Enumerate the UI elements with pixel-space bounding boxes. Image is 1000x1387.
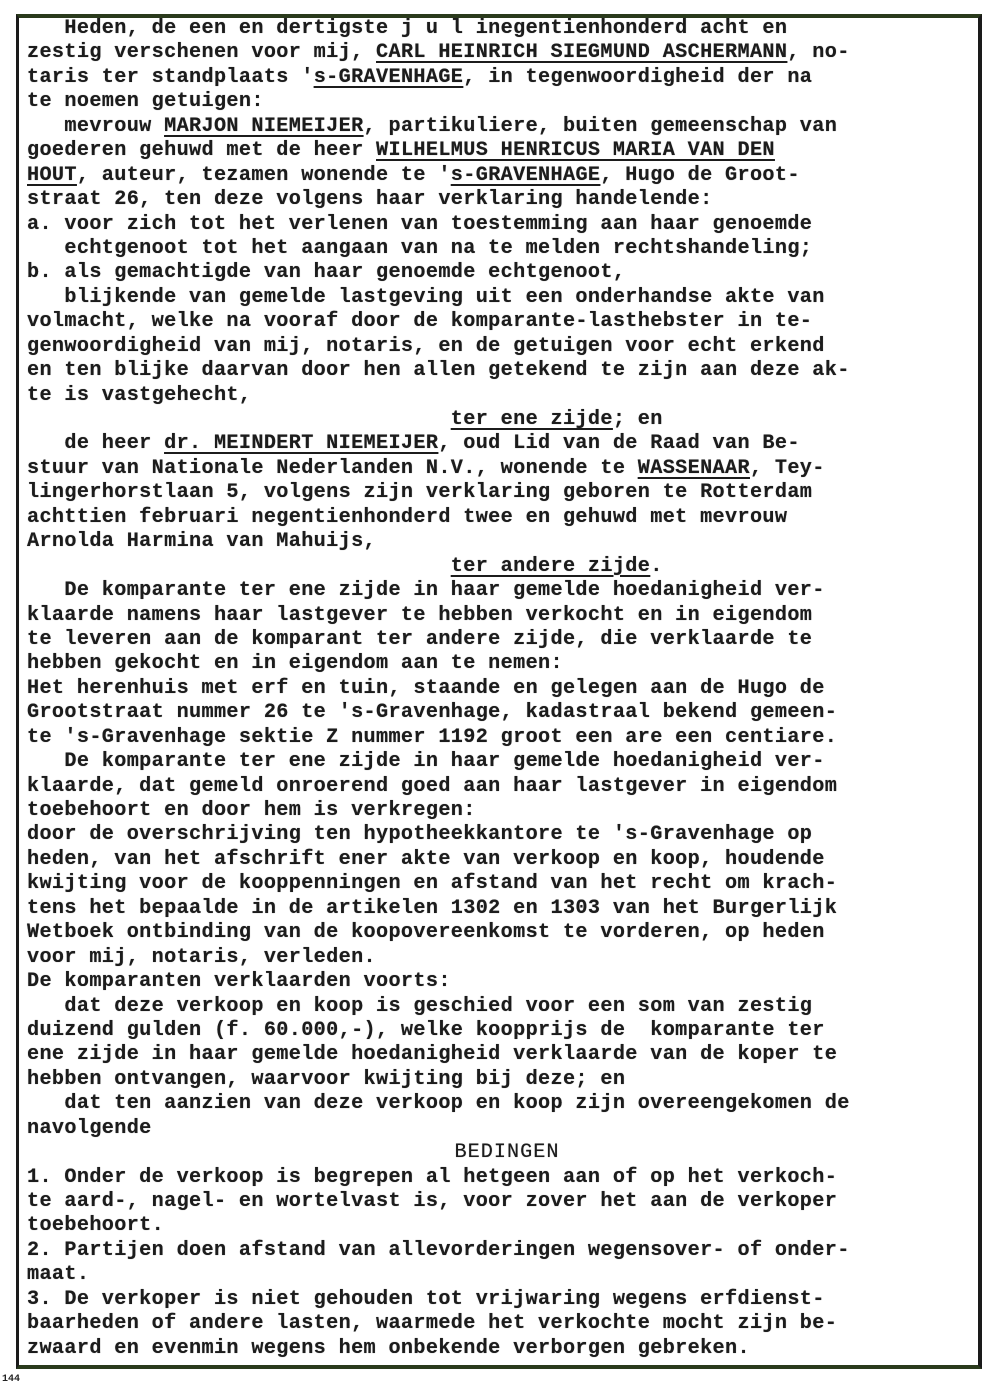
text-line: kwijting voor de kooppenningen en afstan…: [27, 872, 987, 896]
text-line: klaarde, dat gemeld onroerend goed aan h…: [27, 775, 987, 799]
text-line: ter ene zijde; en: [27, 408, 987, 432]
text-line: De komparanten verklaarden voorts:: [27, 970, 987, 994]
text-segment: 3. De verkoper is niet gehouden tot vrij…: [27, 1288, 825, 1311]
text-line: voor mij, notaris, verleden.: [27, 946, 987, 970]
page-footer-mark: 144: [2, 1374, 20, 1385]
underlined-name: s-GRAVENHAGE: [314, 66, 464, 89]
text-segment: Wetboek ontbinding van de koopovereenkom…: [27, 921, 825, 944]
text-line: hebben gekocht en in eigendom aan te nem…: [27, 652, 987, 676]
text-segment: [27, 408, 451, 431]
text-line: te noemen getuigen:: [27, 90, 987, 114]
text-segment: , Hugo de Groot-: [600, 164, 799, 187]
text-segment: De komparante ter ene zijde in haar geme…: [27, 579, 825, 602]
text-line: 1. Onder de verkoop is begrepen al hetge…: [27, 1166, 987, 1190]
text-segment: echtgenoot tot het aangaan van na te mel…: [27, 237, 812, 260]
text-line: lingerhorstlaan 5, volgens zijn verklari…: [27, 481, 987, 505]
text-segment: , partikuliere, buiten gemeenschap van: [364, 115, 838, 138]
underlined-name: MARJON NIEMEIJER: [164, 115, 363, 138]
text-line: door de overschrijving ten hypotheekkant…: [27, 823, 987, 847]
text-segment: genwoordigheid van mij, notaris, en de g…: [27, 335, 825, 358]
text-segment: hebben ontvangen, waarvoor kwijting bij …: [27, 1068, 625, 1091]
text-line: de heer dr. MEINDERT NIEMEIJER, oud Lid …: [27, 432, 987, 456]
text-line: De komparante ter ene zijde in haar geme…: [27, 750, 987, 774]
text-line: toebehoort en door hem is verkregen:: [27, 799, 987, 823]
text-segment: te is vastgehecht,: [27, 384, 251, 407]
text-line: stuur van Nationale Nederlanden N.V., wo…: [27, 457, 987, 481]
text-segment: volmacht, welke na vooraf door de kompar…: [27, 310, 812, 333]
text-line: dat deze verkoop en koop is geschied voo…: [27, 995, 987, 1019]
text-segment: baarheden of andere lasten, waarmede het…: [27, 1312, 837, 1335]
text-line: achttien februari negentienhonderd twee …: [27, 506, 987, 530]
text-segment: mevrouw: [27, 115, 164, 138]
text-segment: navolgende: [27, 1117, 152, 1140]
text-line: goederen gehuwd met de heer WILHELMUS HE…: [27, 139, 987, 163]
text-segment: dat deze verkoop en koop is geschied voo…: [27, 995, 812, 1018]
text-segment: toebehoort.: [27, 1214, 164, 1237]
text-segment: dat ten aanzien van deze verkoop en koop…: [27, 1092, 850, 1115]
text-segment: zestig verschenen voor mij,: [27, 41, 376, 64]
text-segment: goederen gehuwd met de heer: [27, 139, 376, 162]
text-segment: lingerhorstlaan 5, volgens zijn verklari…: [27, 481, 812, 504]
text-line: b. als gemachtigde van haar genoemde ech…: [27, 261, 987, 285]
text-line: a. voor zich tot het verlenen van toeste…: [27, 213, 987, 237]
text-line: en ten blijke daarvan door hen allen get…: [27, 359, 987, 383]
text-segment: door de overschrijving ten hypotheekkant…: [27, 823, 812, 846]
text-segment: a. voor zich tot het verlenen van toeste…: [27, 213, 812, 236]
text-line: klaarde namens haar lastgever te hebben …: [27, 604, 987, 628]
text-segment: taris ter standplaats ': [27, 66, 314, 89]
text-segment: straat 26, ten deze volgens haar verklar…: [27, 188, 713, 211]
text-line: mevrouw MARJON NIEMEIJER, partikuliere, …: [27, 115, 987, 139]
text-segment: , auteur, tezamen wonende te ': [77, 164, 451, 187]
text-segment: , no-: [787, 41, 849, 64]
text-segment: [27, 555, 451, 578]
text-line: heden, van het afschrift ener akte van v…: [27, 848, 987, 872]
text-line: Het herenhuis met erf en tuin, staande e…: [27, 677, 987, 701]
text-segment: Grootstraat nummer 26 te 's-Gravenhage, …: [27, 701, 837, 724]
text-line: straat 26, ten deze volgens haar verklar…: [27, 188, 987, 212]
underlined-name: dr. MEINDERT NIEMEIJER: [164, 432, 438, 455]
text-line: Wetboek ontbinding van de koopovereenkom…: [27, 921, 987, 945]
underlined-name: s-GRAVENHAGE: [451, 164, 601, 187]
section-heading: BEDINGEN: [27, 1141, 987, 1165]
text-segment: stuur van Nationale Nederlanden N.V., wo…: [27, 457, 638, 480]
text-segment: Heden, de een en dertigste j u l inegent…: [27, 17, 787, 40]
text-segment: blijkende van gemelde lastgeving uit een…: [27, 286, 825, 309]
text-segment: BEDINGEN: [455, 1141, 560, 1164]
text-segment: maat.: [27, 1263, 89, 1286]
text-line: genwoordigheid van mij, notaris, en de g…: [27, 335, 987, 359]
text-segment: De komparanten verklaarden voorts:: [27, 970, 451, 993]
underlined-name: HOUT: [27, 164, 77, 187]
text-line: Grootstraat nummer 26 te 's-Gravenhage, …: [27, 701, 987, 725]
text-line: Arnolda Harmina van Mahuijs,: [27, 530, 987, 554]
text-segment: , in tegenwoordigheid der na: [463, 66, 812, 89]
text-line: 2. Partijen doen afstand van allevorderi…: [27, 1239, 987, 1263]
text-segment: klaarde namens haar lastgever te hebben …: [27, 604, 812, 627]
text-segment: klaarde, dat gemeld onroerend goed aan h…: [27, 775, 837, 798]
text-segment: te 's-Gravenhage sektie Z nummer 1192 gr…: [27, 726, 837, 749]
text-segment: , Tey-: [750, 457, 825, 480]
text-line: tens het bepaalde in de artikelen 1302 e…: [27, 897, 987, 921]
text-line: zwaard en evenmin wegens hem onbekende v…: [27, 1337, 987, 1361]
text-segment: b. als gemachtigde van haar genoemde ech…: [27, 261, 625, 284]
text-segment: zwaard en evenmin wegens hem onbekende v…: [27, 1337, 750, 1360]
text-segment: te aard-, nagel- en wortelvast is, voor …: [27, 1190, 837, 1213]
text-line: baarheden of andere lasten, waarmede het…: [27, 1312, 987, 1336]
text-line: volmacht, welke na vooraf door de kompar…: [27, 310, 987, 334]
text-segment: 2. Partijen doen afstand van allevorderi…: [27, 1239, 850, 1262]
text-segment: duizend gulden (f. 60.000,-), welke koop…: [27, 1019, 825, 1042]
text-segment: kwijting voor de kooppenningen en afstan…: [27, 872, 837, 895]
text-segment: te leveren aan de komparant ter andere z…: [27, 628, 812, 651]
text-segment: Het herenhuis met erf en tuin, staande e…: [27, 677, 825, 700]
text-segment: heden, van het afschrift ener akte van v…: [27, 848, 825, 871]
underlined-name: WASSENAAR: [638, 457, 750, 480]
text-line: De komparante ter ene zijde in haar geme…: [27, 579, 987, 603]
text-segment: , oud Lid van de Raad van Be-: [438, 432, 799, 455]
text-segment: ene zijde in haar gemelde hoedanigheid v…: [27, 1043, 837, 1066]
text-segment: hebben gekocht en in eigendom aan te nem…: [27, 652, 563, 675]
typewritten-deed-text: Heden, de een en dertigste j u l inegent…: [27, 17, 987, 1361]
text-segment: achttien februari negentienhonderd twee …: [27, 506, 787, 529]
text-segment: 1. Onder de verkoop is begrepen al hetge…: [27, 1166, 837, 1189]
text-line: dat ten aanzien van deze verkoop en koop…: [27, 1092, 987, 1116]
text-line: duizend gulden (f. 60.000,-), welke koop…: [27, 1019, 987, 1043]
text-line: toebehoort.: [27, 1214, 987, 1238]
text-line: blijkende van gemelde lastgeving uit een…: [27, 286, 987, 310]
underlined-name: WILHELMUS HENRICUS MARIA VAN DEN: [376, 139, 775, 162]
text-line: navolgende: [27, 1117, 987, 1141]
text-line: te is vastgehecht,: [27, 384, 987, 408]
text-line: zestig verschenen voor mij, CARL HEINRIC…: [27, 41, 987, 65]
text-line: te leveren aan de komparant ter andere z…: [27, 628, 987, 652]
text-line: ter andere zijde.: [27, 555, 987, 579]
text-line: hebben ontvangen, waarvoor kwijting bij …: [27, 1068, 987, 1092]
text-line: te aard-, nagel- en wortelvast is, voor …: [27, 1190, 987, 1214]
underlined-name: ter ene zijde: [451, 408, 613, 431]
text-segment: ; en: [613, 408, 663, 431]
underlined-name: CARL HEINRICH SIEGMUND ASCHERMANN: [376, 41, 787, 64]
text-segment: De komparante ter ene zijde in haar geme…: [27, 750, 825, 773]
text-line: taris ter standplaats 's-GRAVENHAGE, in …: [27, 66, 987, 90]
text-line: Heden, de een en dertigste j u l inegent…: [27, 17, 987, 41]
text-segment: Arnolda Harmina van Mahuijs,: [27, 530, 376, 553]
text-line: 3. De verkoper is niet gehouden tot vrij…: [27, 1288, 987, 1312]
underlined-name: ter andere zijde: [451, 555, 650, 578]
text-line: HOUT, auteur, tezamen wonende te 's-GRAV…: [27, 164, 987, 188]
text-line: te 's-Gravenhage sektie Z nummer 1192 gr…: [27, 726, 987, 750]
text-segment: toebehoort en door hem is verkregen:: [27, 799, 476, 822]
text-line: ene zijde in haar gemelde hoedanigheid v…: [27, 1043, 987, 1067]
text-segment: te noemen getuigen:: [27, 90, 264, 113]
text-segment: de heer: [27, 432, 164, 455]
text-segment: en ten blijke daarvan door hen allen get…: [27, 359, 850, 382]
text-segment: .: [650, 555, 662, 578]
text-line: maat.: [27, 1263, 987, 1287]
text-line: echtgenoot tot het aangaan van na te mel…: [27, 237, 987, 261]
text-segment: tens het bepaalde in de artikelen 1302 e…: [27, 897, 837, 920]
text-segment: voor mij, notaris, verleden.: [27, 946, 376, 969]
